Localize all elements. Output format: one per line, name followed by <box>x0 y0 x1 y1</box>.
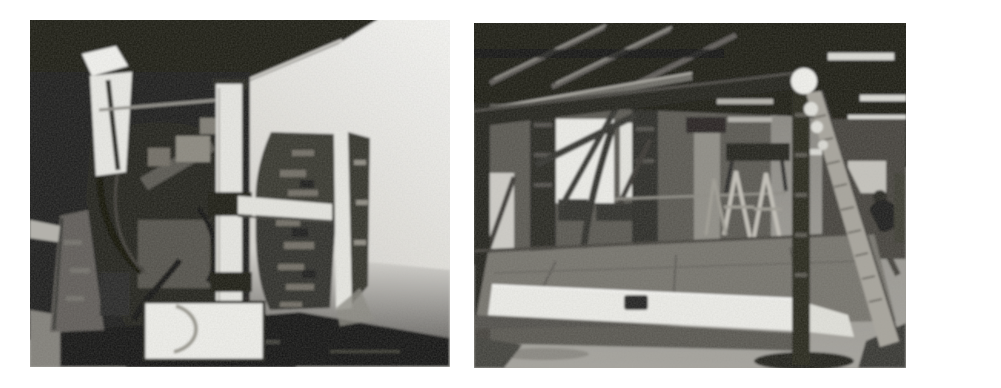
photo-right-art <box>474 23 906 368</box>
photo-left-art <box>30 20 450 367</box>
figure-canvas <box>0 0 1001 388</box>
photo-gantry-jig <box>474 23 906 368</box>
film-grain-overlay <box>474 23 906 368</box>
photo-riveting-machine <box>30 20 450 367</box>
film-grain-overlay <box>30 20 450 367</box>
